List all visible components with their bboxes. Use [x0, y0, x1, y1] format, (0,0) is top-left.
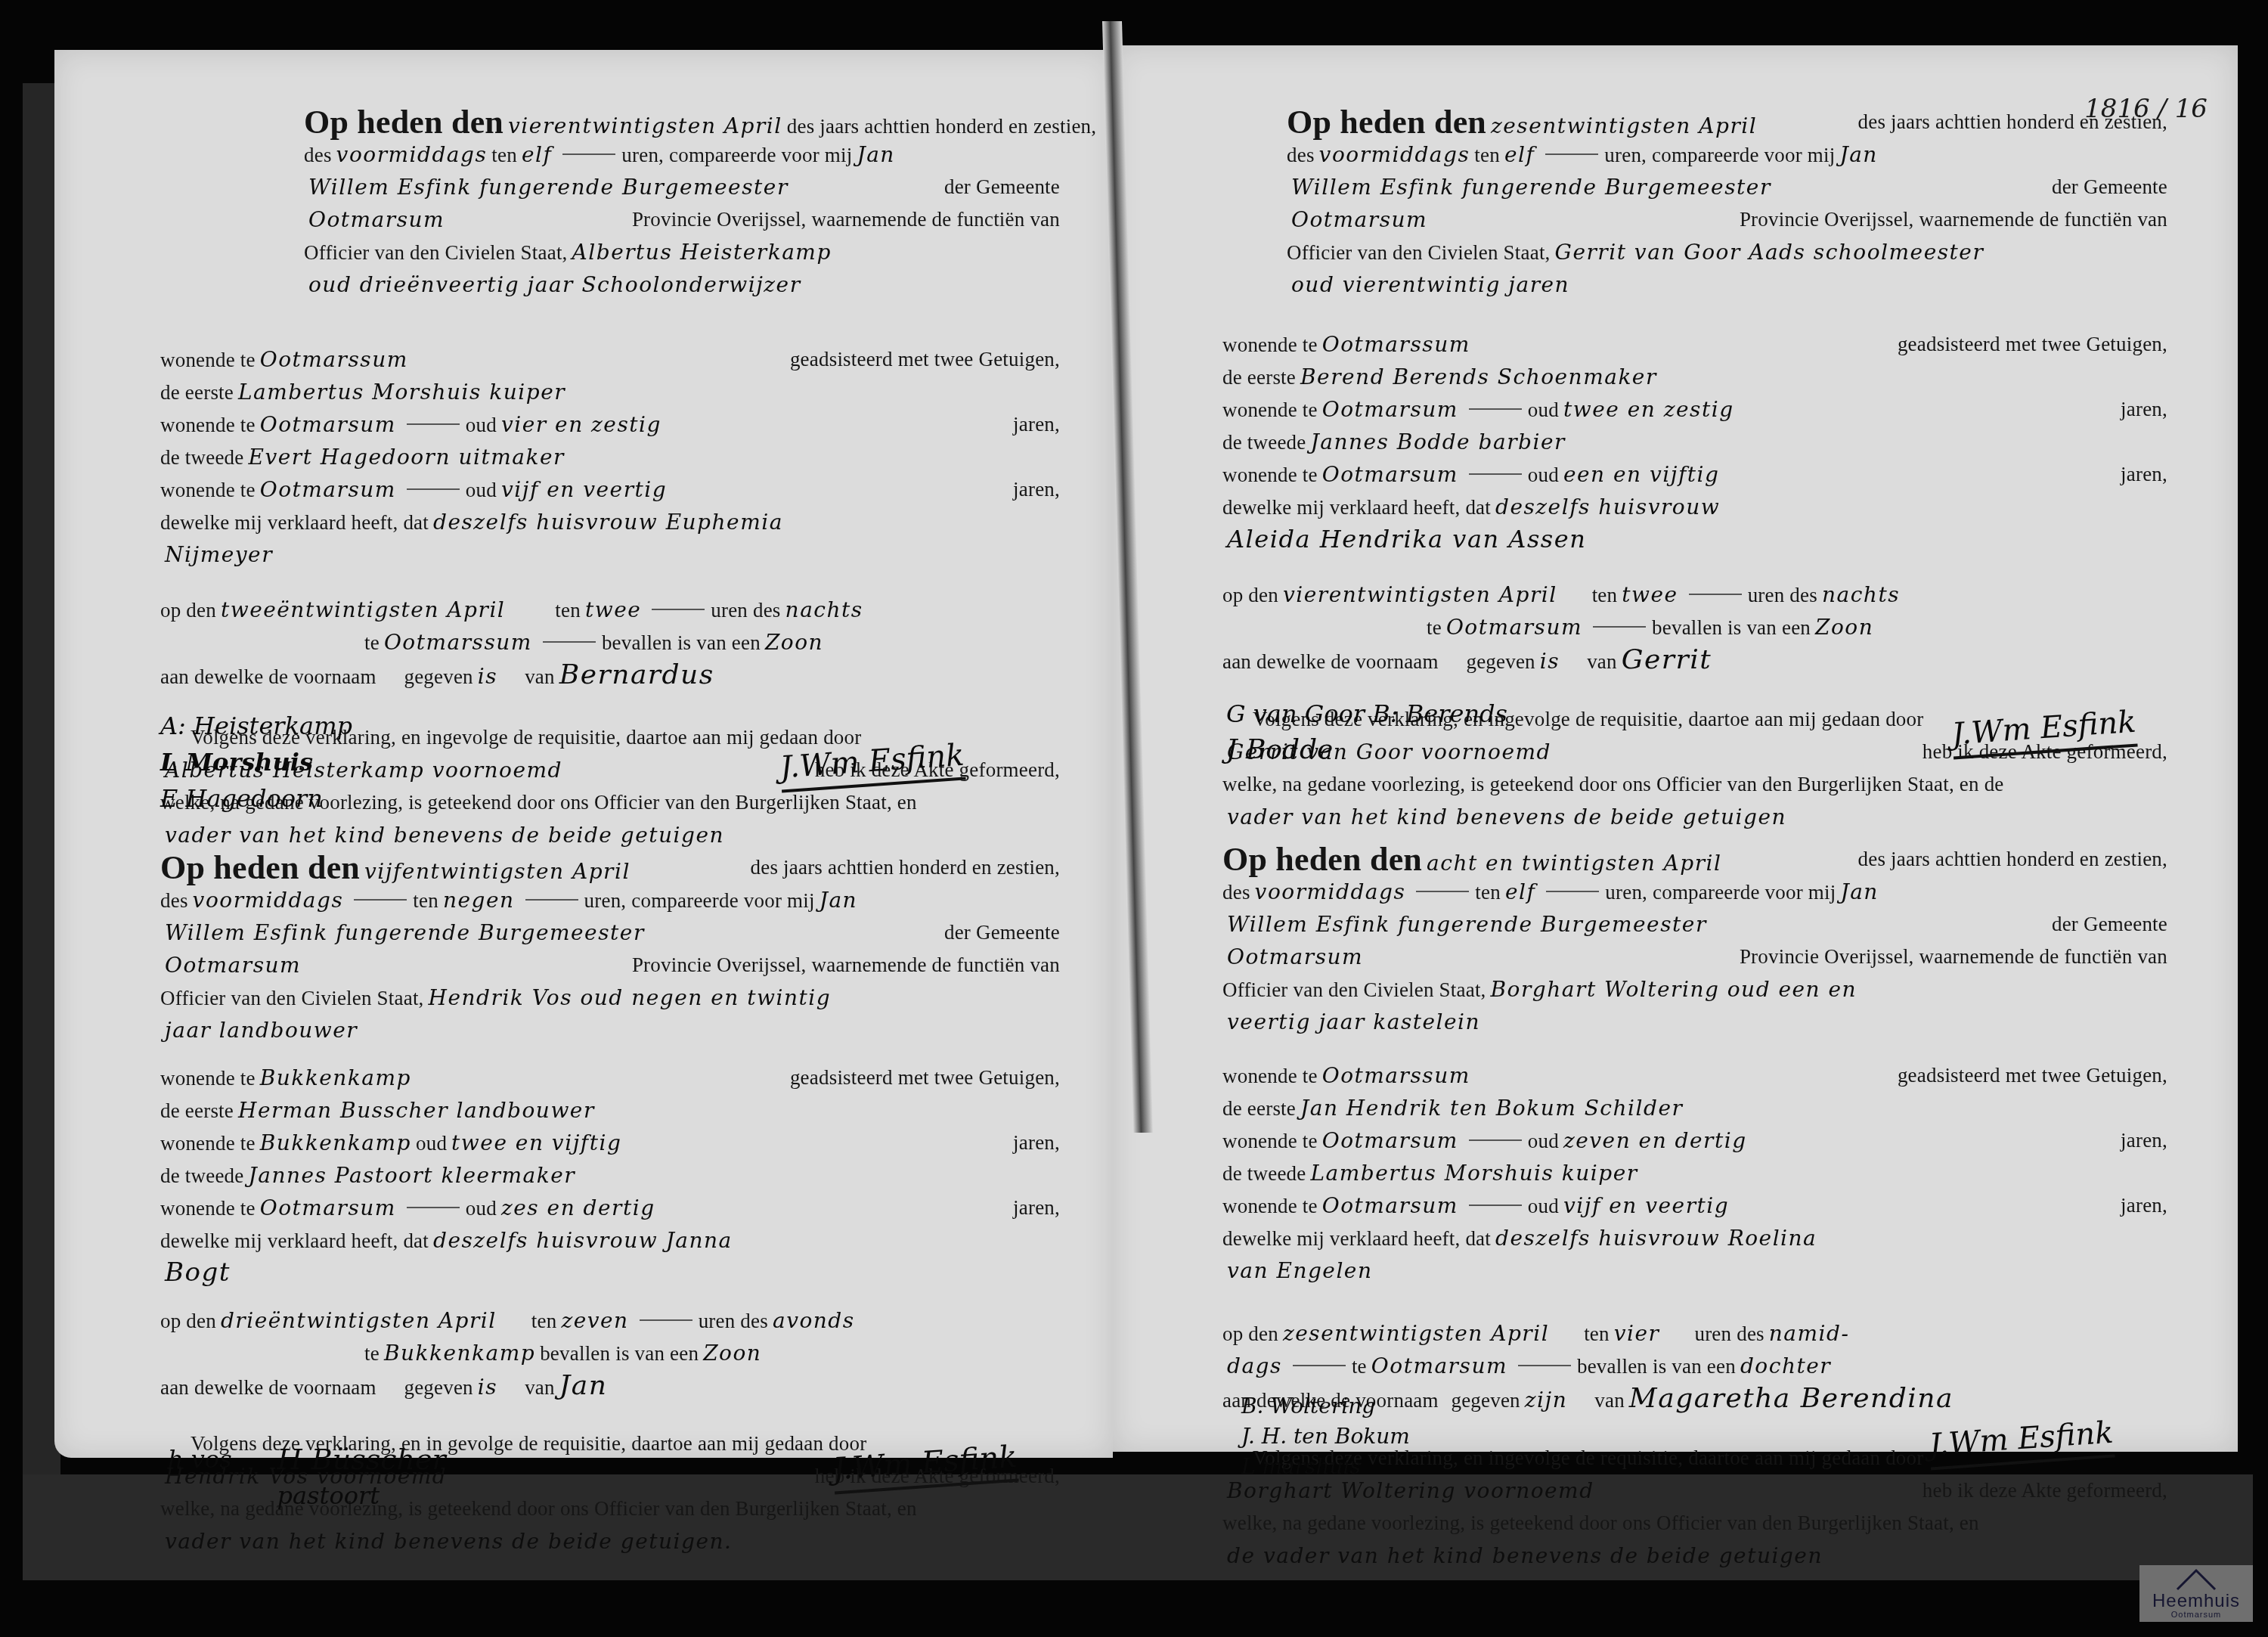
handwritten-date: vierentwintigsten April [508, 113, 782, 138]
print-text: jaren, [1013, 1127, 1060, 1159]
print-text: uren, compareerde voor mij [621, 144, 852, 166]
handwritten-hour: elf [1505, 879, 1535, 904]
handwritten-declarant: Gerrit van Goor Aads schoolmeester [1555, 240, 1984, 265]
print-text: jaren, [2121, 458, 2167, 491]
print-text: des jaars achttien honderd en zestien, [1858, 106, 2167, 138]
handwritten-residence: Ootmarsum [260, 412, 396, 437]
print-text: jaren, [1013, 408, 1060, 441]
handwritten-mother: deszelfs huisvrouw Euphemia [433, 510, 783, 535]
logo-name: Heemhuis [2139, 1591, 2253, 1612]
handwritten-residence: Ootmarsum [260, 1195, 396, 1220]
print-text: te [1352, 1355, 1367, 1378]
print-text: bevallen is van een [602, 631, 761, 654]
handwritten-mother-surname: van Engelen [1227, 1258, 1372, 1283]
handwritten-birth-hour: twee [585, 597, 641, 622]
handwritten-birth-place: Bukkenkamp [384, 1341, 535, 1366]
print-text: des [160, 889, 188, 912]
print-text: te [1427, 616, 1442, 639]
print-text: bevallen is van een [1652, 616, 1811, 639]
handwritten-hour: elf [1504, 142, 1535, 167]
handwritten-closing: vader van het kind benevens de beide get… [165, 1529, 732, 1554]
print-text: gegeven [1466, 650, 1535, 673]
handwritten-age: vijf en veertig [1563, 1193, 1729, 1218]
handwritten-child-sex: Zoon [765, 630, 823, 655]
handwritten-age: vier en zestig [501, 412, 661, 437]
print-text: des [1222, 881, 1250, 904]
handwritten-municipality: Ootmarsum [308, 207, 445, 232]
handwritten-daypart: voormiddags [1319, 142, 1470, 167]
print-text: uren des [699, 1310, 768, 1332]
print-text: jaren, [1013, 473, 1060, 506]
signature: L Morshuis [160, 744, 352, 780]
witness-signatures-2: h vos H Büsscher pastoort [168, 1441, 446, 1514]
handwritten-municipality: Ootmarsum [1227, 944, 1363, 969]
print-text: wonende te [1222, 398, 1318, 421]
print-text: ten [555, 599, 581, 622]
handwritten-witness-1: Herman Busscher landbouwer [238, 1098, 595, 1123]
print-text: te [364, 1342, 380, 1365]
print-text: ten [413, 889, 438, 912]
print-text: te [364, 631, 380, 654]
handwritten-mother: deszelfs huisvrouw [1495, 495, 1720, 519]
handwritten-verb: is [478, 664, 497, 689]
print-text: oud [416, 1132, 447, 1155]
handwritten-daypart: nachts [1822, 582, 1900, 607]
handwritten-verb: is [1540, 649, 1560, 674]
print-text: bevallen is van een [540, 1342, 699, 1365]
signature: B. Woltering [1241, 1391, 1410, 1422]
print-text: aan dewelke de voornaam [160, 665, 376, 688]
print-text: dewelke mij verklaard heeft, dat [160, 1229, 429, 1252]
print-text: Op heden den [1222, 841, 1422, 878]
signature: G van Goor B: Berends [1226, 696, 1507, 732]
handwritten-birth-hour: vier [1614, 1321, 1660, 1346]
print-text: ten [1474, 144, 1500, 166]
print-text: jaren, [2121, 393, 2167, 426]
handwritten-hour: elf [522, 142, 552, 167]
print-text: Officier van den Civielen Staat, [160, 987, 424, 1009]
print-text: uren des [1748, 584, 1817, 606]
logo-subtitle: Ootmarsum [2139, 1611, 2253, 1620]
print-text: wonende te [1222, 333, 1318, 356]
print-text: van [525, 665, 555, 688]
signature: L märshuis [1241, 1452, 1410, 1482]
handwritten-witness-1: Berend Berends Schoenmaker [1300, 364, 1657, 389]
print-text: ten [491, 144, 517, 166]
print-text: de eerste [160, 381, 234, 404]
handwritten-child-name: Magaretha Berendina [1629, 1383, 1954, 1414]
print-text: dewelke mij verklaard heeft, dat [160, 511, 429, 534]
print-text: gegeven [404, 665, 472, 688]
print-text: wonende te [160, 479, 256, 501]
print-text: oud [1528, 464, 1559, 486]
handwritten-declarant: Borghart Woltering oud een en [1491, 977, 1857, 1002]
handwritten-birth-date: vierentwintigsten April [1283, 582, 1557, 607]
handwritten-daypart: namid- [1769, 1321, 1850, 1346]
signature: J. H. ten Bokum [1241, 1422, 1410, 1452]
handwritten-residence: Ootmarssum [1322, 1063, 1470, 1088]
handwritten-date: vijfentwintigsten April [364, 859, 631, 884]
print-text: de tweede [1222, 1162, 1306, 1185]
handwritten-residence: Ootmarssum [1322, 332, 1470, 357]
print-text: ten [1475, 881, 1501, 904]
handwritten-daypart-cont: dags [1227, 1353, 1282, 1378]
print-text: dewelke mij verklaard heeft, dat [1222, 1227, 1491, 1250]
print-text: uren des [711, 599, 780, 622]
print-text: van [1587, 650, 1617, 673]
handwritten-age: zeven en dertig [1563, 1128, 1747, 1153]
print-text: oud [466, 1197, 497, 1220]
print-text: op den [160, 1310, 216, 1332]
handwritten-birth-date: tweeëntwintigsten April [221, 597, 505, 622]
print-text: geadsisteerd met twee Getuigen, [1898, 1059, 2167, 1092]
handwritten-verb: is [478, 1375, 497, 1400]
handwritten-closing: vader van het kind benevens de beide get… [1227, 805, 1786, 829]
witness-signatures-4: B. Woltering J. H. ten Bokum L märshuis [1241, 1391, 1410, 1482]
handwritten-witness-2: Evert Hagedoorn uitmaker [249, 445, 565, 470]
print-text: wonende te [1222, 464, 1318, 486]
handwritten-witness-2: Lambertus Morshuis kuiper [1311, 1161, 1638, 1186]
handwritten-mother: deszelfs huisvrouw Janna [433, 1228, 733, 1253]
print-text: jaren, [2121, 1124, 2167, 1157]
handwritten-residence: Ootmarsum [260, 477, 396, 502]
print-text: wonende te [160, 1132, 256, 1155]
print-text: bevallen is van een [1577, 1355, 1736, 1378]
print-text: der Gemeente [944, 171, 1060, 203]
handwritten-child-sex: Zoon [703, 1341, 761, 1366]
print-text: welke, na gedane voorlezing, is geteeken… [1222, 1511, 1979, 1534]
handwritten-official: Willem Esfink fungerende Burgemeester [165, 920, 645, 945]
print-text: der Gemeente [944, 916, 1060, 949]
handwritten-age: twee en vijftig [451, 1130, 621, 1155]
print-text: der Gemeente [2052, 908, 2167, 941]
print-text: aan dewelke de voornaam [1222, 650, 1439, 673]
handwritten-child-name: Gerrit [1622, 644, 1712, 675]
handwritten-daypart: voormiddags [336, 142, 488, 167]
handwritten-birth-place: Ootmarsum [1446, 615, 1582, 640]
print-text: Op heden den [1287, 104, 1486, 141]
handwritten-child-name: Bernardus [559, 659, 714, 690]
handwritten-birth-hour: zeven [561, 1308, 628, 1333]
handwritten-daypart: voormiddags [1255, 879, 1406, 904]
print-text: op den [1222, 584, 1278, 606]
print-text: gegeven [1451, 1389, 1520, 1412]
print-text: Provincie Overijssel, waarnemende de fun… [1740, 941, 2167, 973]
handwritten-name: Jan [820, 888, 857, 913]
handwritten-name: Jan [1839, 142, 1877, 167]
handwritten-closing: de vader van het kind benevens de beide … [1227, 1543, 1823, 1568]
print-text: Provincie Overijssel, waarnemende de fun… [632, 949, 1060, 981]
handwritten-name: Jan [1840, 879, 1878, 904]
print-text: geadsisteerd met twee Getuigen, [1898, 328, 2167, 361]
print-text: wonende te [160, 1067, 256, 1090]
handwritten-declarant: Albertus Heisterkamp [572, 240, 832, 265]
handwritten-age: een en vijftig [1563, 462, 1720, 487]
handwritten-birth-hour: twee [1622, 582, 1678, 607]
print-text: jaren, [1013, 1192, 1060, 1224]
print-text: uren, compareerde voor mij [584, 889, 815, 912]
handwritten-witness-1: Jan Hendrik ten Bokum Schilder [1300, 1096, 1683, 1121]
handwritten-daypart: voormiddags [193, 888, 344, 913]
print-text: ten [1592, 584, 1618, 606]
print-text: Officier van den Civielen Staat, [1287, 241, 1551, 264]
print-text: de tweede [160, 1164, 244, 1187]
print-text: wonende te [160, 1197, 256, 1220]
handwritten-date: acht en twintigsten April [1427, 851, 1721, 876]
print-text: wonende te [1222, 1130, 1318, 1152]
handwritten-residence: Ootmarsum [1322, 1128, 1458, 1153]
handwritten-mother-surname: Bogt [165, 1257, 231, 1288]
right-page: 1816 / 16 Op heden denzesentwintigsten A… [1113, 45, 2238, 1452]
print-text: aan dewelke de voornaam [160, 1376, 376, 1399]
handwritten-residence: Ootmarsum [1322, 1193, 1458, 1218]
handwritten-declarant: Hendrik Vos oud negen en twintig [429, 985, 832, 1010]
print-text: des [1287, 144, 1315, 166]
handwritten-age: twee en zestig [1563, 397, 1734, 422]
handwritten-closing: vader van het kind benevens de beide get… [165, 823, 724, 848]
print-text: des jaars achttien honderd en zestien, [787, 115, 1096, 138]
print-text: uren, compareerde voor mij [1604, 144, 1835, 166]
print-text: Officier van den Civielen Staat, [1222, 978, 1486, 1001]
print-text: wonende te [160, 349, 256, 371]
witness-signatures-3: G van Goor B: Berends J Bodde [1226, 696, 1507, 768]
handwritten-child-name: Jan [559, 1370, 608, 1401]
print-text: des jaars achttien honderd en zestien, [1858, 843, 2167, 876]
birth-record-1: Op heden denvierentwintigsten Aprildes j… [304, 106, 1060, 301]
print-text: Provincie Overijssel, waarnemende de fun… [1740, 203, 2167, 236]
handwritten-declarant-detail: oud drieënveertig jaar Schoolonderwijzer [308, 272, 801, 297]
handwritten-witness-1: Lambertus Morshuis kuiper [238, 380, 565, 405]
archive-logo: Heemhuis Ootmarsum [2139, 1565, 2253, 1622]
print-text: ten [1584, 1322, 1610, 1345]
print-text: heb ik deze Akte geformeerd, [1923, 1474, 2167, 1507]
print-text: wonende te [1222, 1065, 1318, 1087]
print-text: jaren, [2121, 1189, 2167, 1222]
print-text: der Gemeente [2052, 171, 2167, 203]
handwritten-residence: Ootmarsum [1322, 397, 1458, 422]
handwritten-birth-date: drieëntwintigsten April [221, 1308, 497, 1333]
print-text: de eerste [160, 1099, 234, 1122]
print-text: oud [1528, 1130, 1559, 1152]
print-text: geadsisteerd met twee Getuigen, [790, 343, 1060, 376]
handwritten-child-sex: dochter [1740, 1353, 1831, 1378]
handwritten-child-sex: Zoon [1815, 615, 1873, 640]
print-text: de eerste [1222, 1097, 1296, 1120]
print-text: Op heden den [304, 104, 503, 141]
print-text: oud [1528, 1195, 1559, 1217]
handwritten-mother-name: Aleida Hendrika van Assen [1227, 525, 1586, 553]
signature: pastoort [277, 1477, 446, 1514]
handwritten-daypart: nachts [785, 597, 863, 622]
signature: J Bodde [1226, 732, 1507, 768]
print-text: Provincie Overijssel, waarnemende de fun… [632, 203, 1060, 236]
handwritten-witness-2: Jannes Pastoort kleermaker [249, 1163, 576, 1188]
print-text: oud [466, 479, 497, 501]
handwritten-daypart: avonds [773, 1308, 855, 1333]
print-text: uren des [1694, 1322, 1764, 1345]
handwritten-official: Willem Esfink fungerende Burgemeester [1227, 912, 1707, 937]
handwritten-date: zesentwintigsten April [1491, 113, 1757, 138]
print-text: van [525, 1376, 555, 1399]
print-text: uren, compareerde voor mij [1605, 881, 1836, 904]
left-page: Op heden denvierentwintigsten Aprildes j… [54, 50, 1113, 1458]
handwritten-name: Jan [857, 142, 894, 167]
print-text: wonende te [1222, 1195, 1318, 1217]
print-text: des [304, 144, 332, 166]
print-text: welke, na gedane voorlezing, is geteeken… [1222, 773, 2004, 795]
print-text: des jaars achttien honderd en zestien, [751, 851, 1060, 884]
print-text: Officier van den Civielen Staat, [304, 241, 568, 264]
print-text: wonende te [160, 414, 256, 436]
print-text: op den [1222, 1322, 1278, 1345]
print-text: gegeven [404, 1376, 472, 1399]
handwritten-mother-surname: Nijmeyer [165, 542, 273, 567]
handwritten-mother: deszelfs huisvrouw Roelina [1495, 1226, 1817, 1251]
signature: H Büsscher [277, 1441, 446, 1477]
handwritten-age: vijf en veertig [501, 477, 667, 502]
handwritten-declarant-detail: oud vierentwintig jaren [1291, 272, 1569, 297]
print-text: geadsisteerd met twee Getuigen, [790, 1062, 1060, 1094]
print-text: de tweede [1222, 431, 1306, 454]
witness-signatures-1: A: Heisterkamp L Morshuis E Hagedoorn [160, 708, 352, 817]
print-text: oud [1528, 398, 1559, 421]
handwritten-verb: zijn [1525, 1387, 1567, 1412]
print-text: de tweede [160, 446, 244, 469]
house-roof-icon [2173, 1568, 2219, 1591]
handwritten-hour: negen [443, 888, 515, 913]
handwritten-declarant-detail: veertig jaar kastelein [1227, 1009, 1480, 1034]
handwritten-birth-date: zesentwintigsten April [1283, 1321, 1549, 1346]
handwritten-age: zes en dertig [501, 1195, 655, 1220]
handwritten-municipality: Ootmarsum [165, 953, 301, 978]
handwritten-declarant-detail: jaar landbouwer [165, 1018, 358, 1043]
signature: E Hagedoorn [160, 780, 352, 817]
handwritten-residence: Bukkenkamp [260, 1065, 411, 1090]
handwritten-residence: Bukkenkamp [260, 1130, 411, 1155]
handwritten-official: Willem Esfink fungerende Burgemeester [1291, 175, 1771, 200]
print-text: oud [466, 414, 497, 436]
signature: A: Heisterkamp [160, 708, 352, 744]
print-text: de eerste [1222, 366, 1296, 389]
print-text: dewelke mij verklaard heeft, dat [1222, 496, 1491, 519]
handwritten-birth-place: Ootmarssum [384, 630, 532, 655]
print-text: Op heden den [160, 849, 360, 886]
print-text: van [1594, 1389, 1625, 1412]
handwritten-official: Willem Esfink fungerende Burgemeester [308, 175, 789, 200]
handwritten-witness-2: Jannes Bodde barbier [1311, 429, 1566, 454]
handwritten-birth-place: Ootmarsum [1371, 1353, 1507, 1378]
handwritten-residence: Ootmarsum [1322, 462, 1458, 487]
print-text: op den [160, 599, 216, 622]
signature: h vos [168, 1441, 232, 1514]
print-text: ten [531, 1310, 557, 1332]
handwritten-municipality: Ootmarsum [1291, 207, 1427, 232]
handwritten-residence: Ootmarssum [260, 347, 408, 372]
